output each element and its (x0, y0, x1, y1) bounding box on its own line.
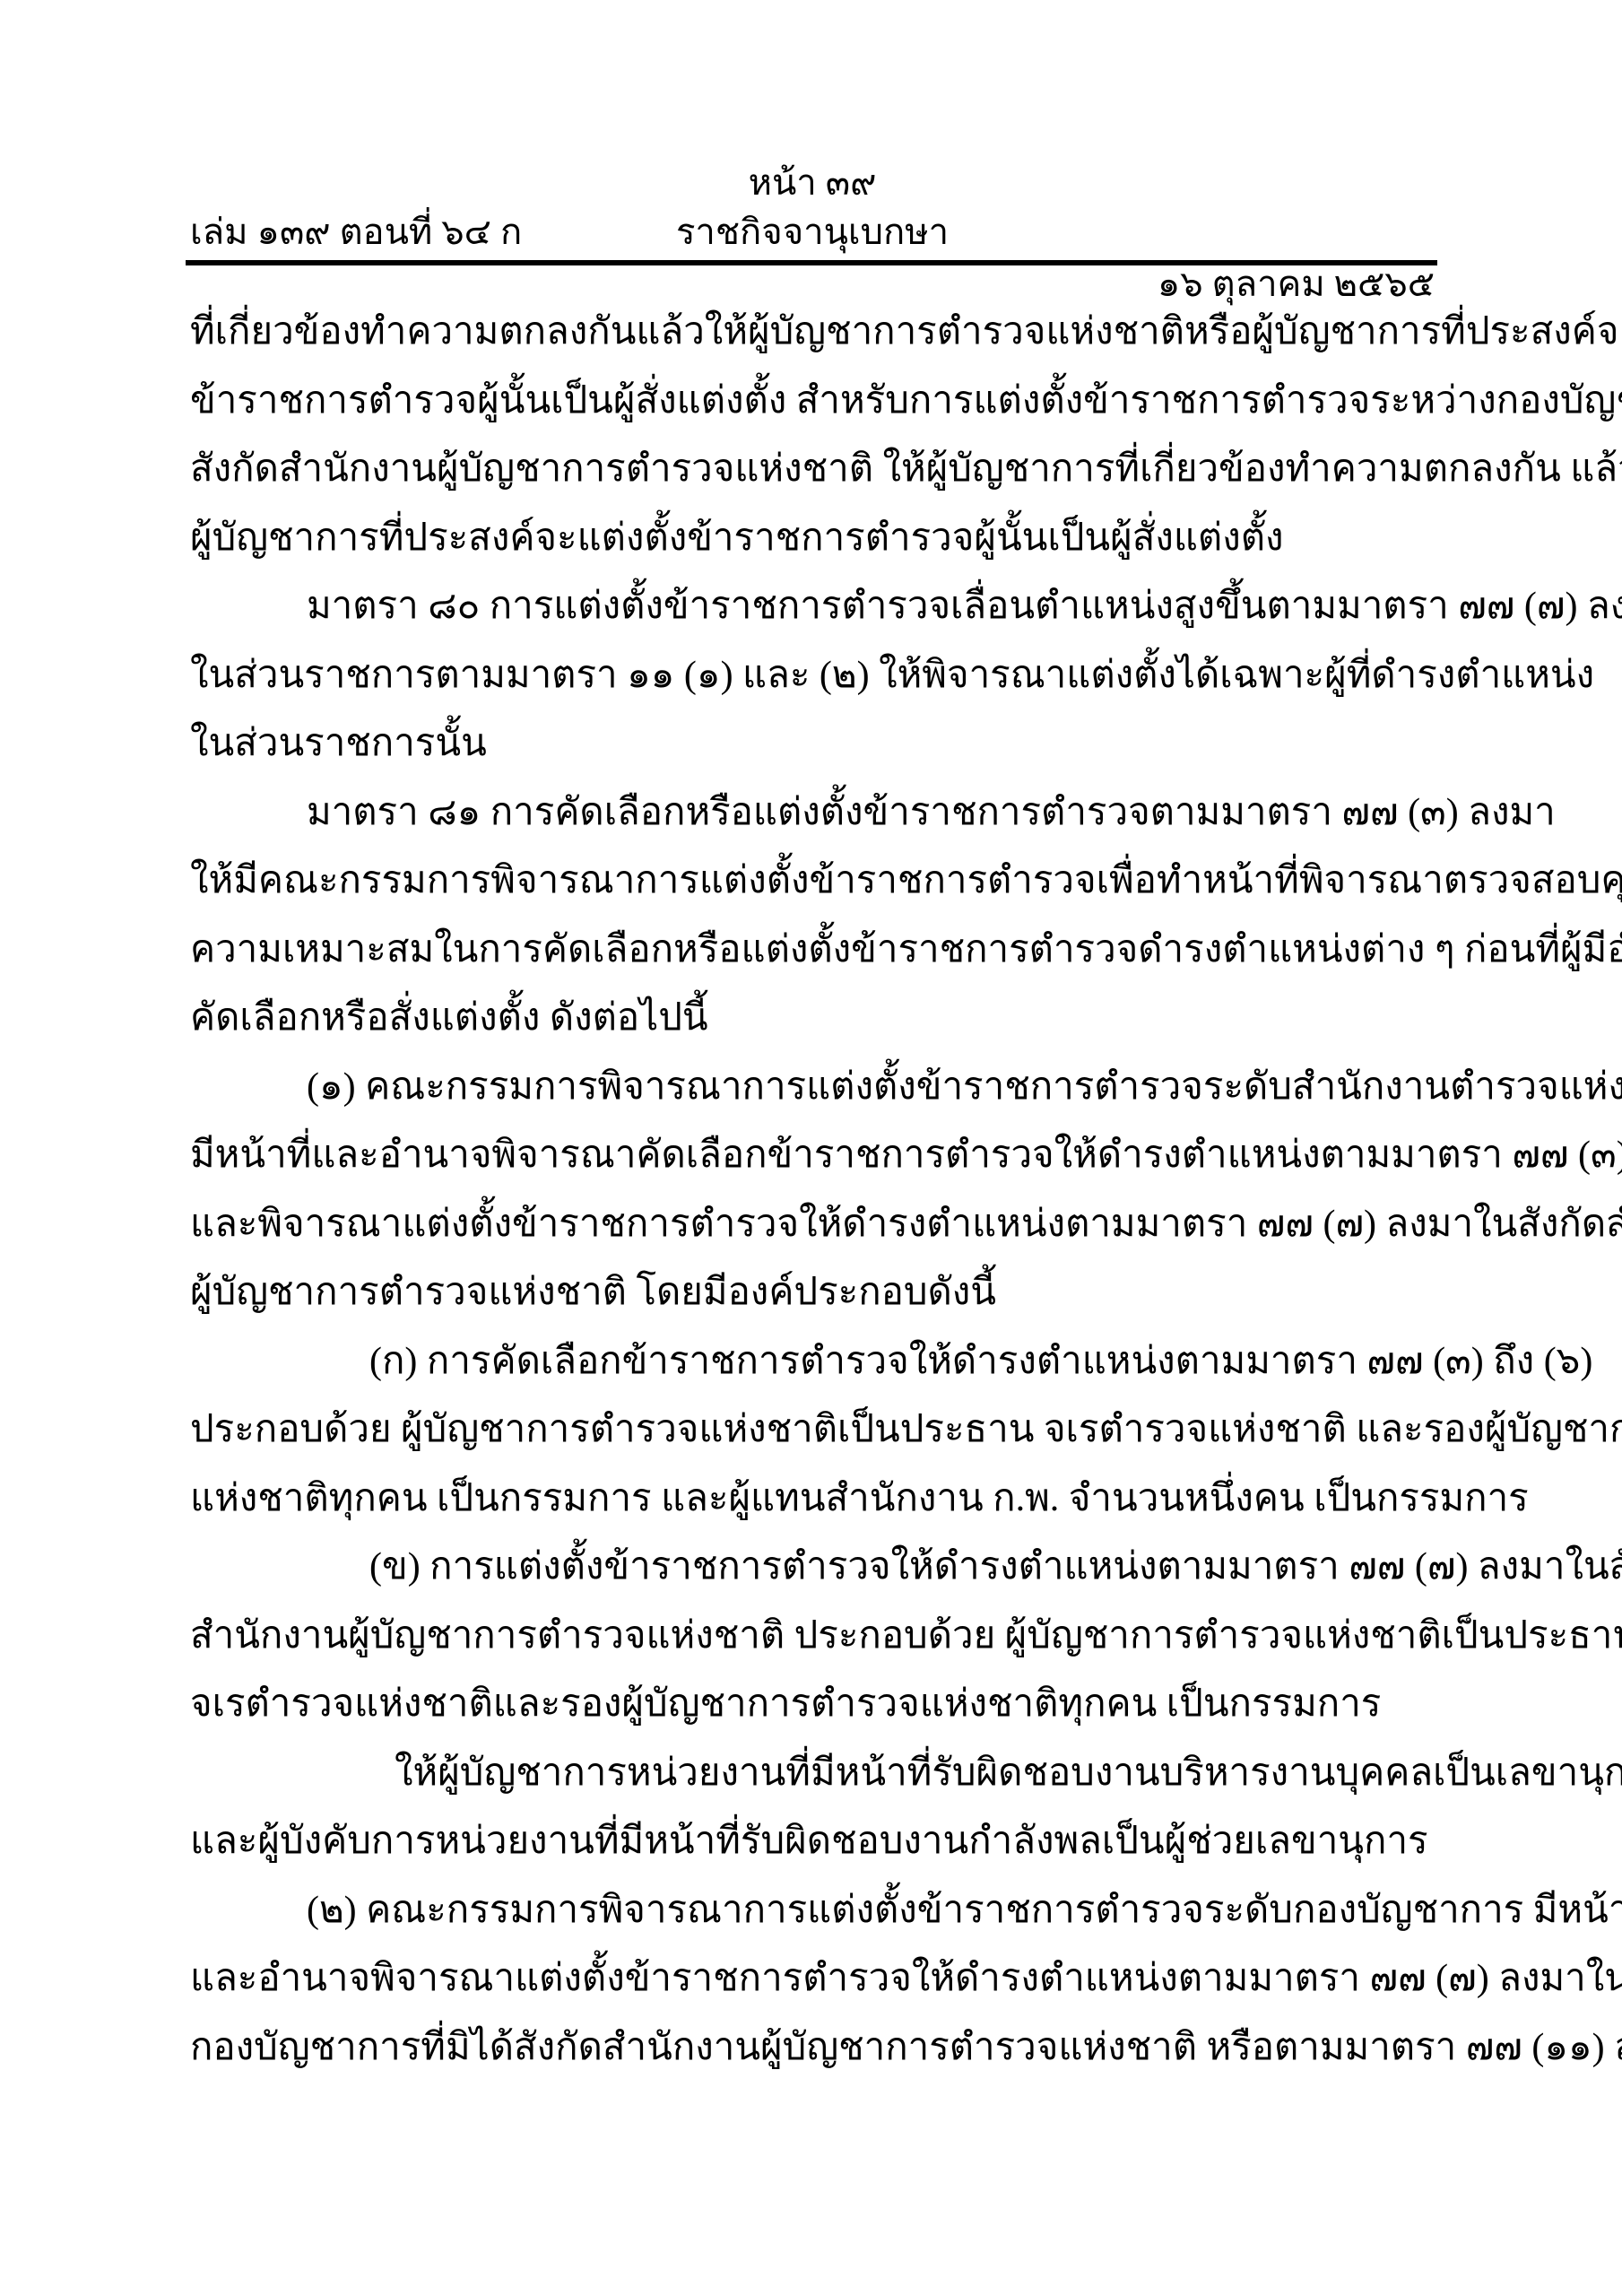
volume-issue: เล่ม ๑๓๙ ตอนที่ ๖๔ ก (190, 206, 522, 258)
text-line: และพิจารณาแต่งตั้งข้าราชการตำรวจให้ดำรงต… (190, 1190, 1435, 1259)
text-line: ในส่วนราชการตามมาตรา ๑๑ (๑) และ (๒) ให้พ… (190, 641, 1435, 710)
text-line: ประกอบด้วย ผู้บัญชาการตำรวจแห่งชาติเป็นป… (190, 1396, 1435, 1465)
text-line: แห่งชาติทุกคน เป็นกรรมการ และผู้แทนสำนัก… (190, 1465, 1435, 1534)
text-line: (๑) คณะกรรมการพิจารณาการแต่งตั้งข้าราชกา… (190, 1053, 1435, 1122)
text-line: ให้ผู้บัญชาการหน่วยงานที่มีหน้าที่รับผิด… (190, 1739, 1435, 1808)
publish-date: ๑๖ ตุลาคม ๒๕๖๕ (1158, 258, 1435, 310)
page-number: หน้า ๓๙ (190, 0, 1435, 206)
text-line: ผู้บัญชาการที่ประสงค์จะแต่งตั้งข้าราชการ… (190, 504, 1435, 573)
text-line: มาตรา ๘๑ การคัดเลือกหรือแต่งตั้งข้าราชกา… (190, 778, 1435, 848)
text-line: จเรตำรวจแห่งชาติและรองผู้บัญชาการตำรวจแห… (190, 1670, 1435, 1739)
text-line: สำนักงานผู้บัญชาการตำรวจแห่งชาติ ประกอบด… (190, 1602, 1435, 1671)
text-line: ผู้บัญชาการตำรวจแห่งชาติ โดยมีองค์ประกอบ… (190, 1258, 1435, 1327)
text-line: สังกัดสำนักงานผู้บัญชาการตำรวจแห่งชาติ ใ… (190, 435, 1435, 504)
document-body: ที่เกี่ยวข้องทำความตกลงกันแล้วให้ผู้บัญช… (190, 298, 1435, 2082)
text-line: มาตรา ๘๐ การแต่งตั้งข้าราชการตำรวจเลื่อน… (190, 572, 1435, 641)
text-line: คัดเลือกหรือสั่งแต่งตั้ง ดังต่อไปนี้ (190, 984, 1435, 1053)
text-line: ข้าราชการตำรวจผู้นั้นเป็นผู้สั่งแต่งตั้ง… (190, 367, 1435, 436)
text-line: (ก) การคัดเลือกข้าราชการตำรวจให้ดำรงตำแห… (190, 1327, 1435, 1396)
text-line: กองบัญชาการที่มิได้สังกัดสำนักงานผู้บัญช… (190, 2013, 1435, 2083)
text-line: ให้มีคณะกรรมการพิจารณาการแต่งตั้งข้าราชก… (190, 847, 1435, 916)
gazette-page: หน้า ๓๙ เล่ม ๑๓๙ ตอนที่ ๖๔ ก ราชกิจจานุเ… (0, 0, 1622, 2296)
text-line: ในส่วนราชการนั้น (190, 709, 1435, 778)
running-head: เล่ม ๑๓๙ ตอนที่ ๖๔ ก ราชกิจจานุเบกษา ๑๖ … (190, 206, 1435, 258)
text-line: ความเหมาะสมในการคัดเลือกหรือแต่งตั้งข้าร… (190, 916, 1435, 985)
text-line: และผู้บังคับการหน่วยงานที่มีหน้าที่รับผิ… (190, 1807, 1435, 1876)
text-line: มีหน้าที่และอำนาจพิจารณาคัดเลือกข้าราชกา… (190, 1121, 1435, 1190)
text-line: และอำนาจพิจารณาแต่งตั้งข้าราชการตำรวจให้… (190, 1944, 1435, 2013)
text-line: (๒) คณะกรรมการพิจารณาการแต่งตั้งข้าราชกา… (190, 1876, 1435, 1945)
text-line: (ข) การแต่งตั้งข้าราชการตำรวจให้ดำรงตำแห… (190, 1533, 1435, 1602)
